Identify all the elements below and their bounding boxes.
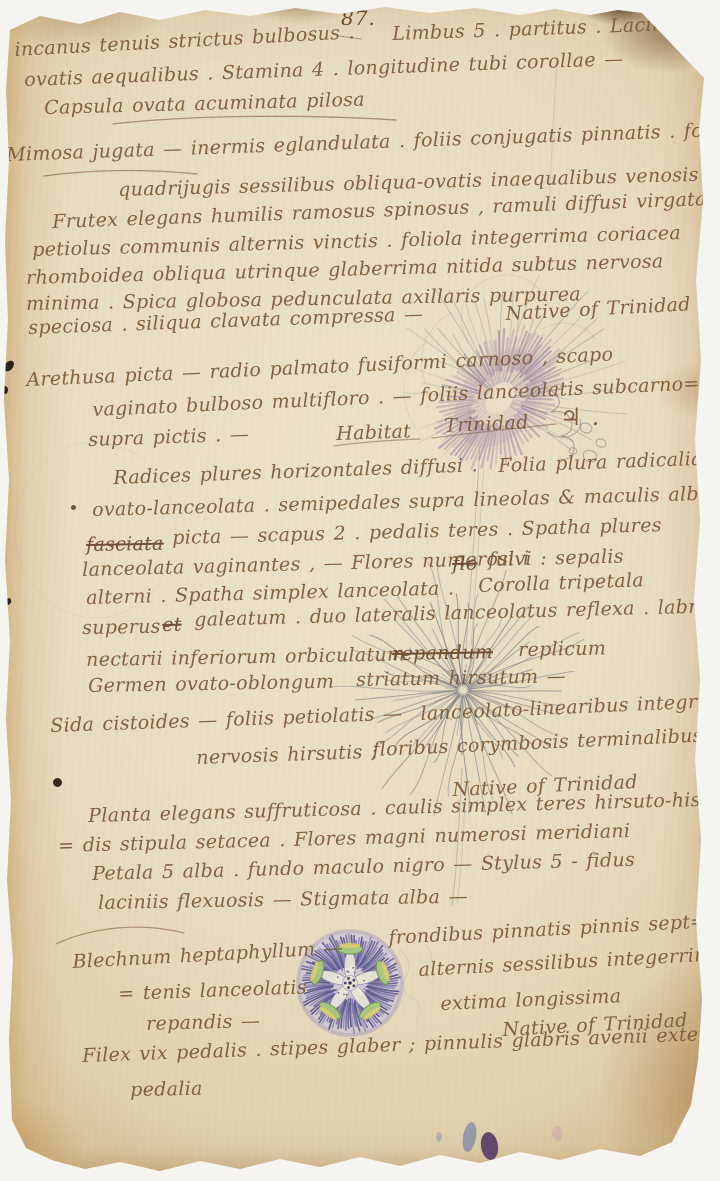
manuscript-line: repandis — <box>146 1011 261 1035</box>
manuscript-line: ♃ . <box>560 404 600 430</box>
manuscript-line: extima longissima <box>440 986 622 1015</box>
manuscript-line: laciniis flexuosis — Stigmata alba — <box>98 887 468 914</box>
manuscript-line: Habitat <box>336 421 412 444</box>
manuscript-line: nectarii inferiorum orbiculatum <box>86 644 405 670</box>
manuscript-line: pedalia <box>130 1079 203 1101</box>
lines-layer: incanus tenuis strictus bulbosus .Limbus… <box>0 0 720 1181</box>
paint-splotch <box>552 1126 563 1141</box>
ink-blot <box>71 505 76 510</box>
manuscript-line: et <box>162 615 182 636</box>
manuscript-line: floribus corymbosis terminalibus <box>372 726 703 761</box>
manuscript-line: Blechnum heptaphyllum — <box>72 938 344 973</box>
manuscript-line: = tenis lanceolatis <box>118 977 307 1004</box>
manuscript-line: flo <box>452 554 478 575</box>
manuscript-line: supra pictis . — <box>88 424 250 450</box>
manuscript-page: 87. <box>0 0 720 1181</box>
manuscript-line: nervosis hirsutis ; <box>196 742 378 769</box>
ink-blot <box>53 778 62 787</box>
manuscript-line: repandum <box>392 642 493 665</box>
manuscript-line: striatum hirsutum — <box>356 666 566 691</box>
manuscript-line: Germen ovato-oblongum <box>88 672 334 697</box>
manuscript-line: Limbus 5 . partitus . Laciniis <box>392 14 687 45</box>
manuscript-line: alternis sessilibus integerrimis <box>418 944 720 981</box>
manuscript-line: Folia plura radicalia <box>498 449 703 477</box>
paint-splotch <box>436 1132 442 1142</box>
ink-blot <box>1 516 6 522</box>
manuscript-line: lanceolato-linearibus integris <box>420 691 714 725</box>
manuscript-line: Capsula ovata acuminata pilosa <box>44 90 365 119</box>
manuscript-line: replicum <box>518 638 606 660</box>
manuscript-line: picta — scapus 2 . pedalis teres . Spath… <box>172 515 662 549</box>
manuscript-line: Corolla tripetala <box>478 570 644 597</box>
manuscript-line: superus <box>82 617 161 639</box>
manuscript-line: Sida cistoides — foliis petiolatis — <box>50 704 403 737</box>
manuscript-line: Radices plures horizontales diffusi . <box>113 455 478 489</box>
paper-sheet: 87. <box>0 0 720 1181</box>
manuscript-line: Petala 5 alba . fundo maculo nigro — Sty… <box>92 850 635 885</box>
manuscript-line: Trinidad <box>444 412 529 437</box>
manuscript-line: fasciata <box>86 534 164 556</box>
manuscript-line: incanus tenuis strictus bulbosus . <box>14 22 355 61</box>
manuscript-line: fulvi : sepalis <box>488 546 624 570</box>
ink-blot <box>2 386 8 394</box>
manuscript-line: Mimosa jugata — inermis eglandulata . fo… <box>6 119 720 166</box>
manuscript-line: frondibus pinnatis pinnis sept= <box>388 911 707 949</box>
